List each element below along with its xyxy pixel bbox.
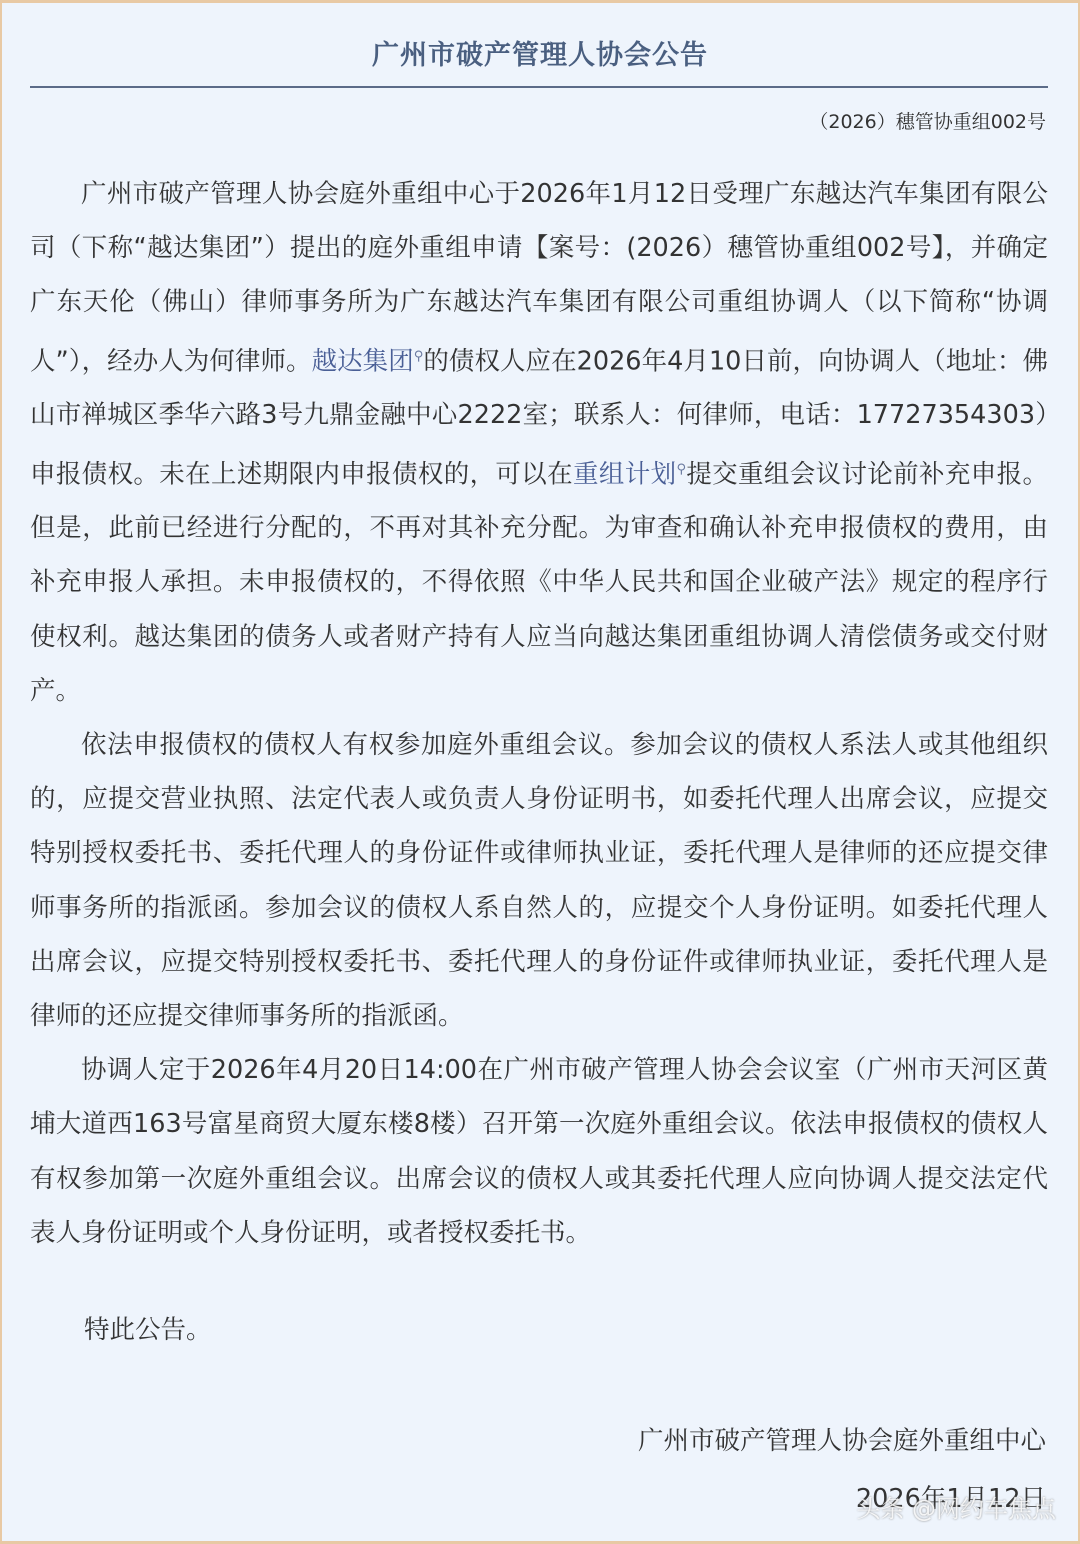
paragraph-text: 提交重组会议讨论前补充申报。但是，此前已经进行分配的，不再对其补充分配。为审查和…: [30, 459, 1048, 706]
document-number: （2026）穗管协重组002号: [809, 107, 1046, 134]
watermark: 头条 @网约车焦点: [856, 1489, 1056, 1524]
paragraph-1: 广州市破产管理人协会庭外重组中心于2026年1月12日受理广东越达汽车集团有限公…: [30, 167, 1048, 718]
page-title: 广州市破产管理人协会公告: [2, 33, 1078, 72]
signature: 广州市破产管理人协会庭外重组中心: [638, 1421, 1046, 1457]
paragraph-2: 依法申报债权的债权人有权参加庭外重组会议。参加会议的债权人系法人或其他组织的，应…: [30, 718, 1048, 1043]
search-icon[interactable]: ⚲: [676, 462, 686, 477]
search-icon[interactable]: ⚲: [414, 349, 424, 364]
title-divider: [30, 86, 1048, 88]
announcement-page: 广州市破产管理人协会公告 （2026）穗管协重组002号 广州市破产管理人协会庭…: [2, 3, 1078, 1541]
link-restructuring-plan[interactable]: 重组计划: [573, 459, 676, 489]
link-yueda-group[interactable]: 越达集团: [312, 346, 414, 376]
announcement-body: 广州市破产管理人协会庭外重组中心于2026年1月12日受理广东越达汽车集团有限公…: [30, 167, 1048, 1260]
closing-statement: 特此公告。: [84, 1310, 212, 1346]
paragraph-3: 协调人定于2026年4月20日14:00在广州市破产管理人协会会议室（广州市天河…: [30, 1043, 1048, 1260]
